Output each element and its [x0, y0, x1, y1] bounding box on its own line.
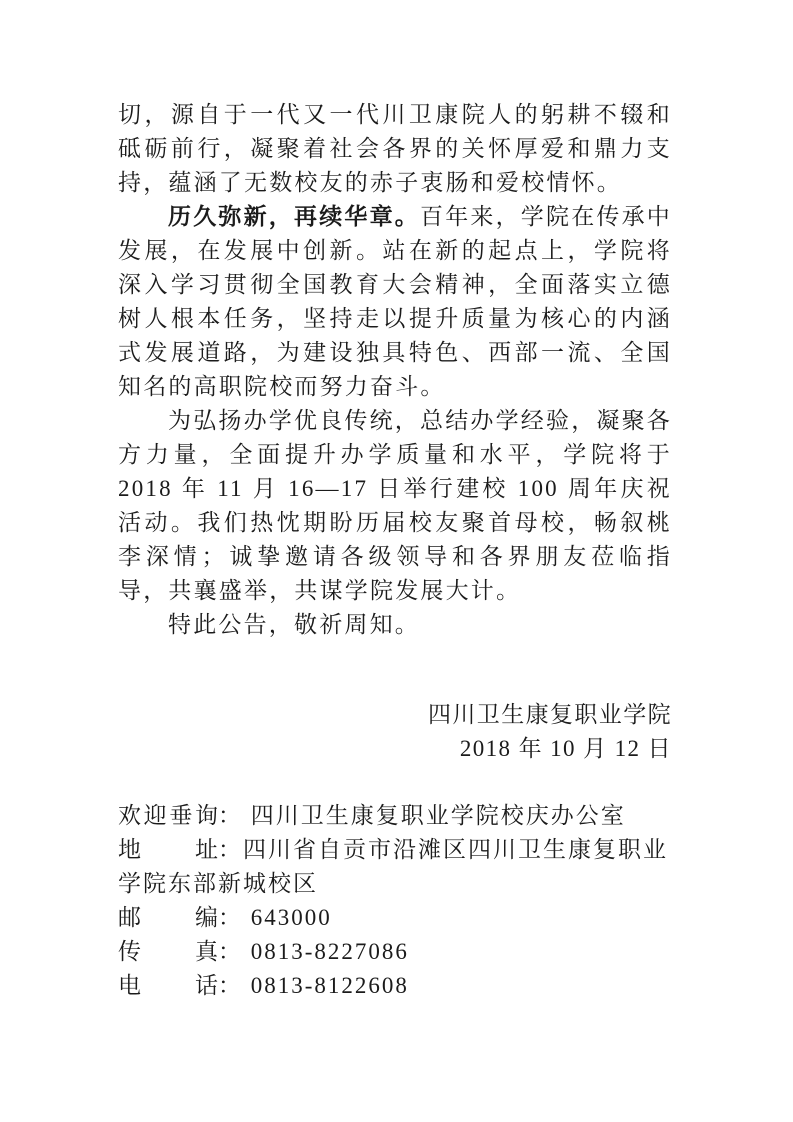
- contact-row-address: 地址：四川省自贡市沿滩区四川卫生康复职业学院东部新城校区: [118, 833, 672, 901]
- contact-value: 0813-8122608: [243, 973, 409, 998]
- contact-value: 四川卫生康复职业学院校庆办公室: [243, 803, 626, 828]
- contact-value: 643000: [243, 905, 332, 930]
- signature-date: 2018 年 10 月 12 日: [118, 732, 672, 766]
- contact-colon: ：: [218, 939, 243, 964]
- contact-colon: ：: [218, 905, 243, 930]
- contact-label: 电话: [118, 969, 218, 1003]
- contact-colon: ：: [218, 837, 243, 862]
- signature-block: 四川卫生康复职业学院 2018 年 10 月 12 日: [118, 698, 672, 766]
- paragraph-text: 百年来，学院在传承中发展，在发展中创新。站在新的起点上，学院将深入学习贯彻全国教…: [118, 204, 672, 399]
- document-body: 切，源自于一代又一代川卫康院人的躬耕不辍和砥砺前行，凝聚着社会各界的关怀厚爱和鼎…: [118, 98, 672, 1003]
- contact-label: 地址: [118, 833, 218, 867]
- contact-label: 传真: [118, 935, 218, 969]
- contact-colon: ：: [218, 973, 243, 998]
- contact-row-welcome: 欢迎垂询： 四川卫生康复职业学院校庆办公室: [118, 799, 672, 833]
- contact-colon: ：: [218, 803, 243, 828]
- signature-org: 四川卫生康复职业学院: [118, 698, 672, 732]
- contact-label: 欢迎垂询: [118, 799, 218, 833]
- body-paragraph-legacy: 历久弥新，再续华章。百年来，学院在传承中发展，在发展中创新。站在新的起点上，学院…: [118, 200, 672, 404]
- body-paragraph-invitation: 为弘扬办学优良传统，总结办学经验，凝聚各方力量，全面提升办学质量和水平，学院将于…: [118, 404, 672, 608]
- contact-row-phone: 电话： 0813-8122608: [118, 969, 672, 1003]
- contact-value: 0813-8227086: [243, 939, 409, 964]
- document-page: 切，源自于一代又一代川卫康院人的躬耕不辍和砥砺前行，凝聚着社会各界的关怀厚爱和鼎…: [0, 0, 793, 1122]
- contact-row-fax: 传真： 0813-8227086: [118, 935, 672, 969]
- contact-row-postcode: 邮编： 643000: [118, 901, 672, 935]
- bold-lead-phrase: 历久弥新，再续华章。: [168, 204, 420, 229]
- contact-label: 邮编: [118, 901, 218, 935]
- contact-block: 欢迎垂询： 四川卫生康复职业学院校庆办公室 地址：四川省自贡市沿滩区四川卫生康复…: [118, 799, 672, 1003]
- body-paragraph-closing: 特此公告，敬祈周知。: [118, 608, 672, 642]
- body-paragraph-continuation: 切，源自于一代又一代川卫康院人的躬耕不辍和砥砺前行，凝聚着社会各界的关怀厚爱和鼎…: [118, 98, 672, 200]
